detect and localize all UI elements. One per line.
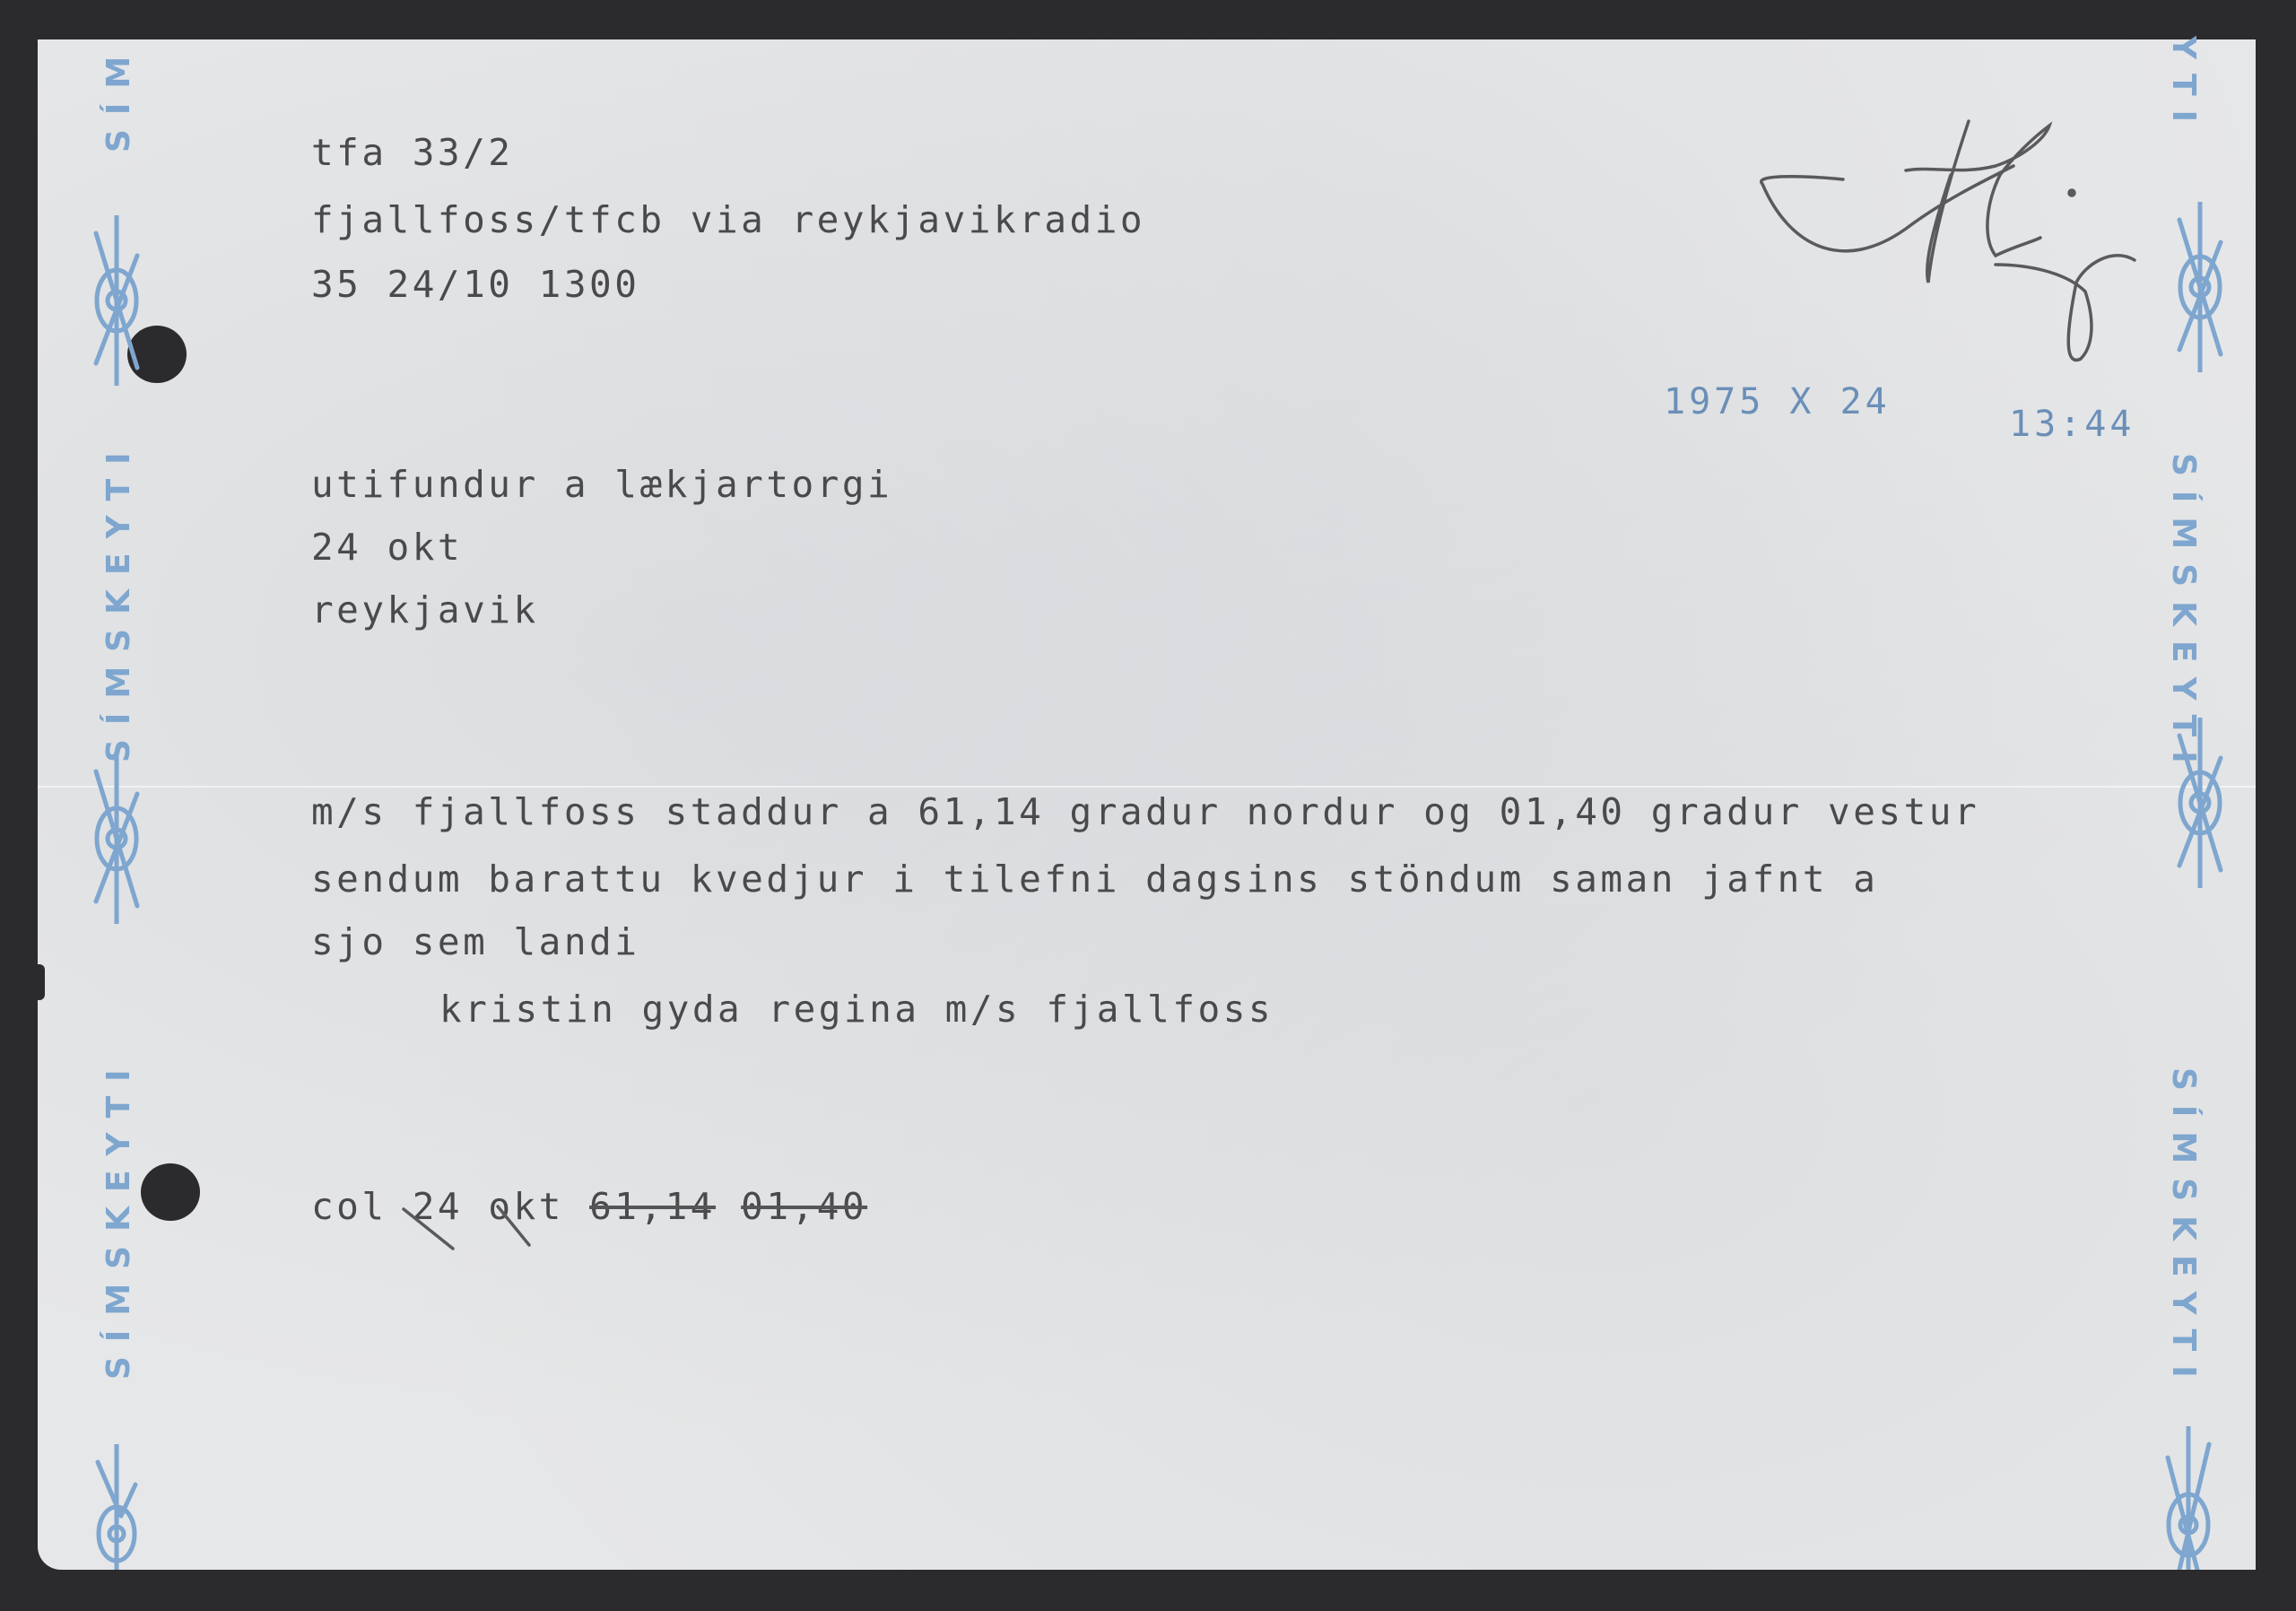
address-line-2: 24 okt (311, 529, 463, 566)
margin-label-left-mid: SÍMSKEYTI (100, 438, 137, 762)
telegraph-emblem-icon (2169, 718, 2231, 888)
received-date-stamp: 1975 X 24 (1664, 381, 1891, 422)
paper-fold-line (38, 786, 2256, 788)
body-line-2: sendum barattu kvedjur i tilefni dagsins… (311, 861, 1878, 898)
telegraph-emblem-icon (85, 215, 148, 386)
received-time-stamp: 13:44 (2009, 404, 2135, 445)
telegraph-emblem-icon (85, 753, 148, 924)
sender-signature-line: kristin gyda regina m/s fjallfoss (439, 991, 1274, 1028)
telegraph-emblem-icon (2157, 1426, 2220, 1570)
telegraph-emblem-icon (2169, 202, 2231, 372)
message-reference: tfa 33/2 (311, 135, 513, 171)
margin-label-right-bottom: SÍMSKEYTI (2165, 1067, 2202, 1392)
collation-struck-longitude: 01,40 (741, 1185, 867, 1228)
paper-notch (34, 964, 45, 1000)
collation-prefix: col (311, 1185, 387, 1228)
margin-label-left-top: SÍM (100, 42, 137, 152)
telegraph-emblem-icon (85, 1444, 148, 1570)
body-line-1: m/s fjallfoss staddur a 61,14 gradur nor… (311, 794, 1979, 831)
pencil-check-marks (395, 1202, 574, 1265)
address-line-3: reykjavik (311, 592, 539, 629)
collation-struck-latitude: 61,14 (589, 1185, 716, 1228)
origin-route: fjallfoss/tfcb via reykjavikradio (311, 202, 1145, 239)
filing-info: 35 24/10 1300 (311, 266, 639, 303)
address-line-1: utifundur a lækjartorgi (311, 466, 892, 503)
margin-label-right-top: YTI (2165, 36, 2202, 136)
punch-hole-bottom (141, 1163, 200, 1221)
handwritten-signature (1726, 103, 2139, 372)
body-line-3: sjo sem landi (311, 924, 639, 961)
margin-label-left-bottom: SÍMSKEYTI (100, 1055, 137, 1380)
